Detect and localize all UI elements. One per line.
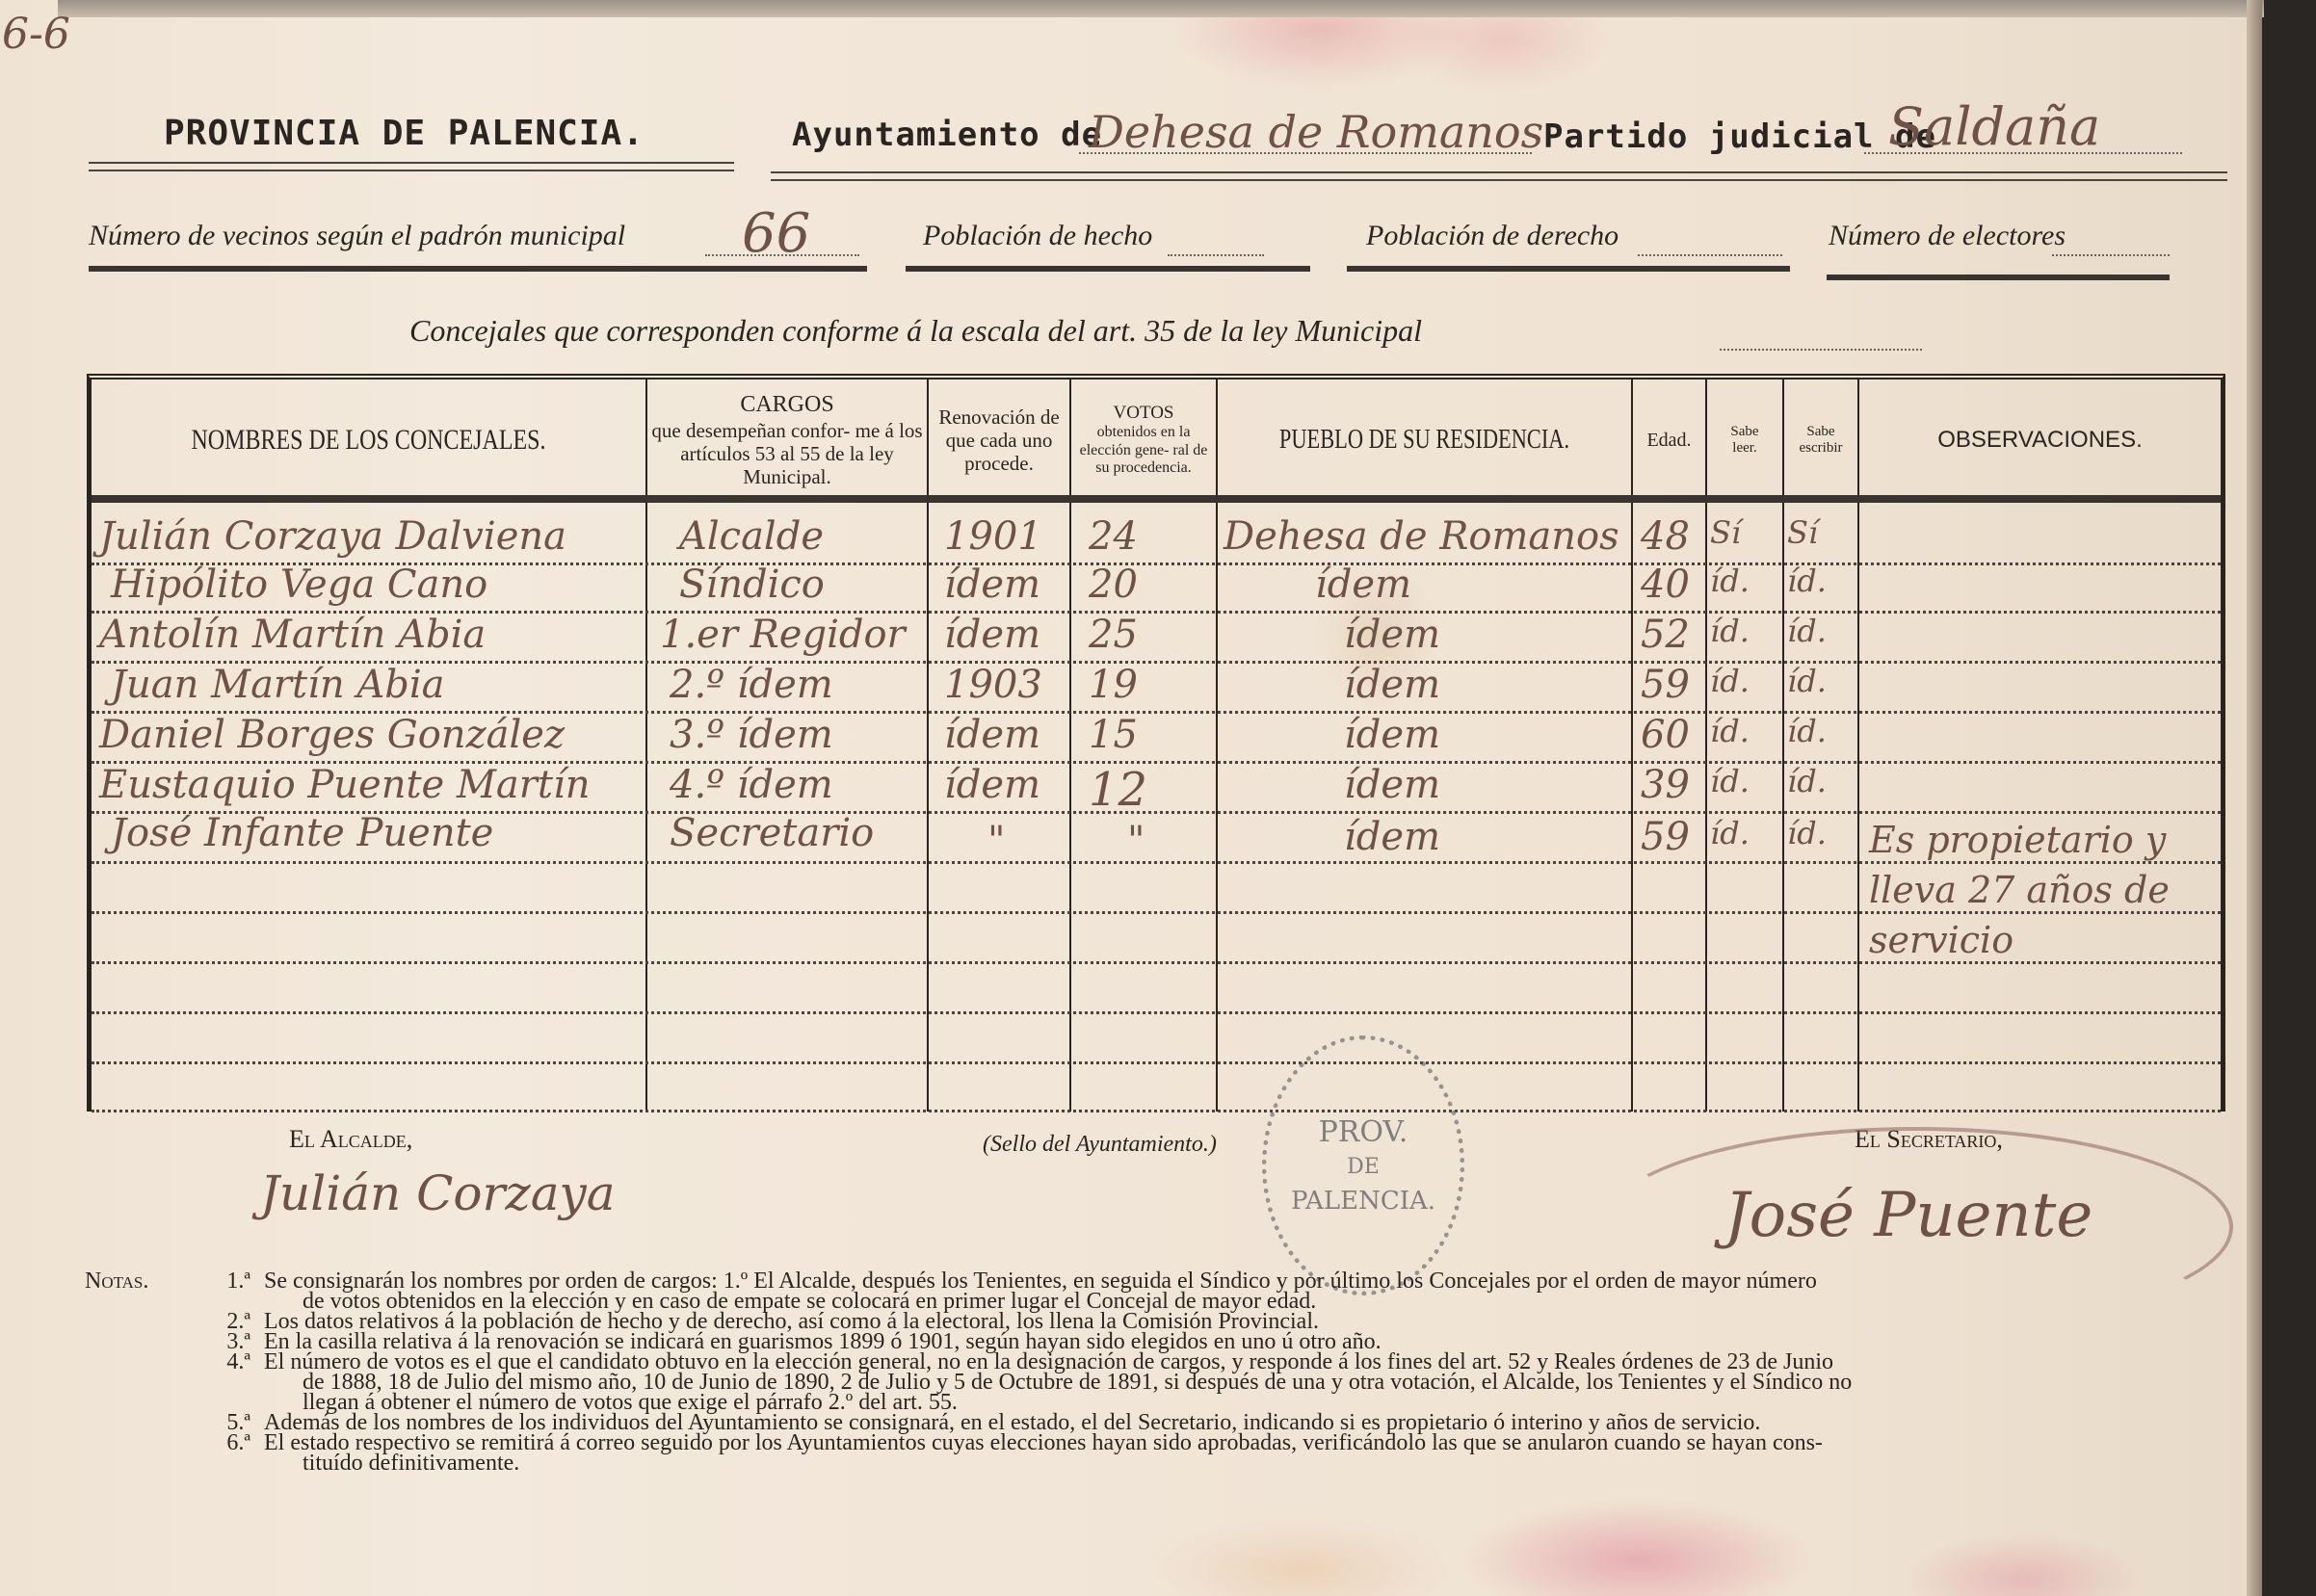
header-nombres: NOMBRES DE LOS CONCEJALES. <box>147 387 591 493</box>
divider <box>89 162 734 171</box>
cell-nombre[interactable]: Daniel Borges González <box>99 713 565 757</box>
column-divider <box>1216 379 1218 1112</box>
cell-edad[interactable]: 59 <box>1641 663 1690 707</box>
poblacion-derecho-field[interactable] <box>1638 254 1782 256</box>
cell-votos[interactable]: 19 <box>1089 663 1138 707</box>
header-cargos: CARGOS que desempeñan confor- me á los a… <box>647 387 927 493</box>
sello-label: (Sello del Ayuntamiento.) <box>983 1132 1217 1158</box>
alcalde-signature: Julián Corzaya <box>260 1165 616 1221</box>
row-line <box>92 1011 2221 1014</box>
concejales-field[interactable] <box>1720 349 1922 351</box>
header-divider <box>92 495 2221 503</box>
cell-edad[interactable]: 60 <box>1641 713 1690 757</box>
cell-leer[interactable]: íd. <box>1710 613 1750 649</box>
ayuntamiento-label: Ayuntamiento de <box>792 116 1102 154</box>
header-votos: VOTOS obtenidos en la elección gene- ral… <box>1071 387 1216 493</box>
page-top-edge <box>58 0 2264 17</box>
cell-pueblo[interactable]: Dehesa de Romanos <box>1224 514 1619 559</box>
row-line <box>92 1110 2221 1112</box>
cell-escribir[interactable]: íd. <box>1787 815 1827 851</box>
vecinos-label: Número de vecinos según el padrón munici… <box>89 220 625 252</box>
cell-leer[interactable]: íd. <box>1710 713 1750 749</box>
cell-votos[interactable]: 15 <box>1089 713 1138 757</box>
partido-field[interactable]: Saldaña <box>1888 96 2100 157</box>
cell-votos[interactable]: 20 <box>1089 563 1138 607</box>
cell-renovacion[interactable]: ídem <box>944 563 1040 607</box>
header-edad: Edad. <box>1633 387 1705 493</box>
cell-edad[interactable]: 52 <box>1641 613 1690 657</box>
cell-pueblo[interactable]: ídem <box>1344 815 1440 859</box>
divider <box>771 171 2227 181</box>
cell-pueblo[interactable]: ídem <box>1344 713 1440 757</box>
header-observaciones: OBSERVACIONES. <box>1859 387 2221 493</box>
concejales-table: NOMBRES DE LOS CONCEJALES. CARGOS que de… <box>87 374 2225 1112</box>
cell-escribir[interactable]: Sí <box>1787 514 1818 551</box>
divider <box>1827 275 2170 280</box>
divider <box>906 266 1310 272</box>
cell-pueblo[interactable]: ídem <box>1315 563 1411 607</box>
cell-votos[interactable]: 24 <box>1089 514 1138 559</box>
cell-nombre[interactable]: Julián Corzaya Dalviena <box>99 514 566 559</box>
notes-title: Notas. <box>85 1271 148 1292</box>
cell-cargo[interactable]: Secretario <box>670 811 874 855</box>
vecinos-field[interactable]: 66 <box>742 202 810 265</box>
header-sabe-escribir: Sabe escribir <box>1784 387 1857 493</box>
cell-cargo[interactable]: 1.er Regidor <box>660 613 906 657</box>
cell-edad[interactable]: 48 <box>1641 514 1690 559</box>
cell-leer[interactable]: íd. <box>1710 663 1750 699</box>
cell-nombre[interactable]: Hipólito Vega Cano <box>111 563 487 607</box>
cell-leer[interactable]: íd. <box>1710 763 1750 799</box>
cell-escribir[interactable]: íd. <box>1787 763 1827 799</box>
cell-renovacion[interactable]: 1901 <box>944 514 1042 559</box>
cell-nombre[interactable]: Juan Martín Abia <box>111 663 445 707</box>
cell-observaciones[interactable]: Es propietario y lleva 27 años de servic… <box>1869 815 2187 965</box>
electores-field[interactable] <box>2052 254 2170 256</box>
poblacion-derecho-label: Población de derecho <box>1366 220 1619 252</box>
note-number: 1.ª <box>154 1271 264 1312</box>
cell-cargo[interactable]: 4.º ídem <box>670 763 833 807</box>
poblacion-hecho-field[interactable] <box>1168 254 1264 256</box>
cell-edad[interactable]: 40 <box>1641 563 1690 607</box>
divider <box>89 266 867 272</box>
cell-cargo[interactable]: Síndico <box>679 563 825 607</box>
header-renovacion: Renovación de que cada uno procede. <box>929 387 1069 493</box>
stamp-text: DE <box>1267 1155 1460 1179</box>
cell-nombre[interactable]: Eustaquio Puente Martín <box>99 763 591 807</box>
cell-escribir[interactable]: íd. <box>1787 563 1827 599</box>
cell-cargo[interactable]: 3.º ídem <box>670 713 833 757</box>
header-sabe-leer: Sabe leer. <box>1707 387 1782 493</box>
concejales-label: Concejales que corresponden conforme á l… <box>409 313 1422 349</box>
header-pueblo: PUEBLO DE SU RESIDENCIA. <box>1259 387 1590 493</box>
cell-nombre[interactable]: Antolín Martín Abia <box>99 613 486 657</box>
cell-pueblo[interactable]: ídem <box>1344 763 1440 807</box>
header-votos-sub: obtenidos en la elección gene- ral de su… <box>1071 424 1216 477</box>
partido-label: Partido judicial de <box>1543 118 1936 156</box>
document-page: 6-6 PROVINCIA DE PALENCIA. Ayuntamiento … <box>0 0 2262 1596</box>
cell-escribir[interactable]: íd. <box>1787 713 1827 749</box>
cell-renovacion[interactable]: ídem <box>944 613 1040 657</box>
cell-renovacion[interactable]: ídem <box>944 713 1040 757</box>
municipal-stamp: PROV. DE PALENCIA. <box>1262 1035 1464 1295</box>
ayuntamiento-field[interactable]: Dehesa de Romanos <box>1089 106 1543 158</box>
poblacion-hecho-label: Población de hecho <box>923 220 1152 252</box>
note-line: El estado respectivo se remitirá á corre… <box>264 1433 2254 1453</box>
cell-renovacion[interactable]: 1903 <box>944 663 1042 707</box>
cell-votos[interactable]: 25 <box>1089 613 1138 657</box>
cell-nombre[interactable]: José Infante Puente <box>111 811 493 855</box>
cell-renovacion[interactable]: " <box>987 819 1005 863</box>
cell-leer[interactable]: Sí <box>1710 514 1741 551</box>
divider <box>1347 266 1790 272</box>
header-cargos-title: CARGOS <box>740 392 833 419</box>
electores-label: Número de electores <box>1829 220 2066 252</box>
cell-leer[interactable]: íd. <box>1710 563 1750 599</box>
alcalde-label: El Alcalde, <box>289 1125 412 1154</box>
cell-escribir[interactable]: íd. <box>1787 663 1827 699</box>
cell-votos[interactable]: 12 <box>1089 763 1147 817</box>
cell-cargo[interactable]: 2.º ídem <box>670 663 833 707</box>
stamp-text: PALENCIA. <box>1267 1187 1460 1216</box>
cell-votos[interactable]: " <box>1127 819 1145 863</box>
cell-escribir[interactable]: íd. <box>1787 613 1827 649</box>
stamp-text: PROV. <box>1267 1115 1460 1149</box>
cell-leer[interactable]: íd. <box>1710 815 1750 851</box>
note-number: 6.ª <box>154 1433 264 1474</box>
cell-pueblo[interactable]: ídem <box>1344 663 1440 707</box>
notes-section: Notas. 1.ª Se consignarán los nombres po… <box>77 1271 2254 1474</box>
cell-pueblo[interactable]: ídem <box>1344 613 1440 657</box>
cell-cargo[interactable]: Alcalde <box>679 514 824 559</box>
note-line: tituído definitivamente. <box>264 1453 2254 1474</box>
page-number: 6-6 <box>2 10 70 59</box>
header-votos-title: VOTOS <box>1114 403 1174 424</box>
header-cargos-sub: que desempeñan confor- me á los artículo… <box>647 419 927 488</box>
province-title: PROVINCIA DE PALENCIA. <box>164 114 645 153</box>
row-line <box>92 1061 2221 1064</box>
cell-renovacion[interactable]: ídem <box>944 763 1040 807</box>
note-item: 6.ª El estado respectivo se remitirá á c… <box>77 1433 2254 1474</box>
note-item: 1.ª Se consignarán los nombres por orden… <box>77 1271 2254 1312</box>
note-item: 4.ª El número de votos es el que el cand… <box>77 1352 2254 1413</box>
note-number: 4.ª <box>154 1352 264 1413</box>
cell-edad[interactable]: 59 <box>1641 815 1690 859</box>
cell-edad[interactable]: 39 <box>1641 763 1690 807</box>
